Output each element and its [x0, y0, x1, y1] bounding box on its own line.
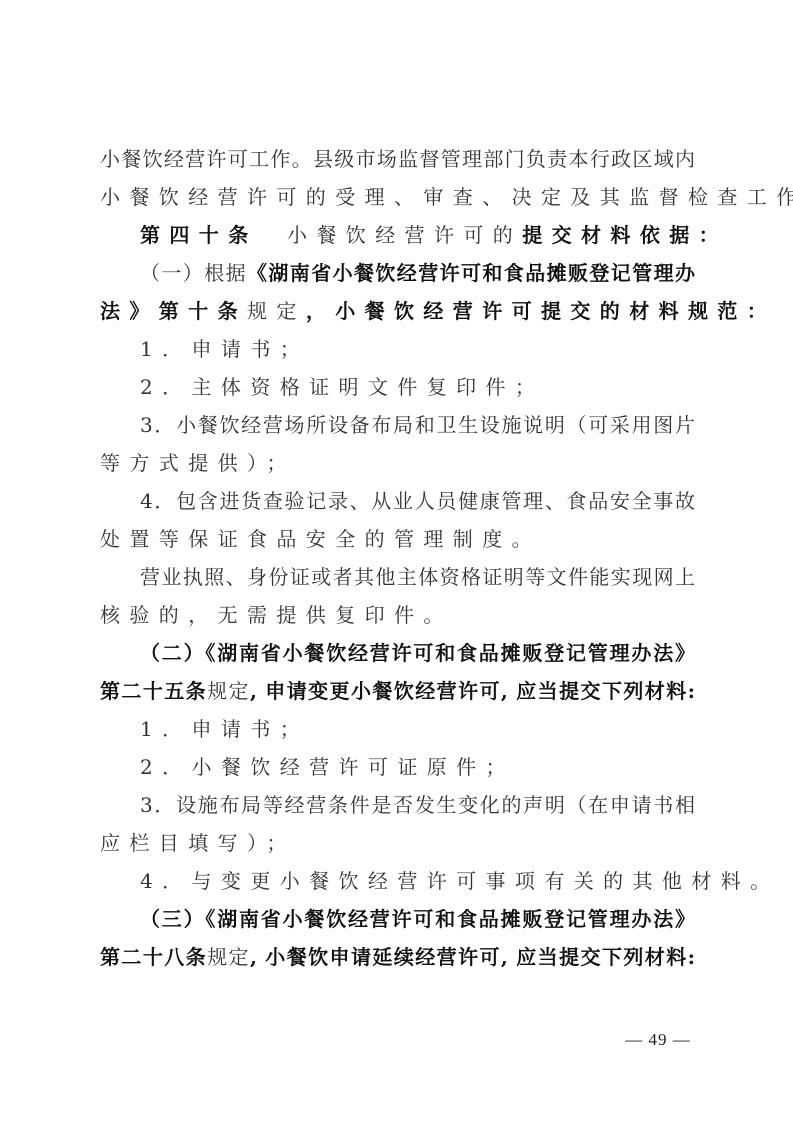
- line-text: 等方式提供）；: [100, 444, 695, 482]
- text-segment: 规定: [247, 299, 306, 323]
- text-segment: 核验的，无需提供复印件。: [100, 603, 453, 627]
- text-line: 1．申请书；: [100, 710, 695, 748]
- line-text: 小餐饮经营许可的受理、审查、决定及其监督检查工作。: [100, 178, 695, 216]
- text-line: 应栏目填写）；: [100, 824, 695, 862]
- bold-text-segment: 第四十条: [140, 223, 258, 247]
- line-text: 1．申请书；: [100, 710, 695, 748]
- line-text: 核验的，无需提供复印件。: [100, 596, 695, 634]
- line-text: 第二十五条规定, 申请变更小餐饮经营许可, 应当提交下列材料:: [100, 672, 695, 710]
- line-text: 小餐饮经营许可工作。县级市场监督管理部门负责本行政区域内: [100, 140, 695, 178]
- text-line: 小餐饮经营许可的受理、审查、决定及其监督检查工作。: [100, 178, 695, 216]
- line-text: 应栏目填写）；: [100, 824, 695, 862]
- text-line: 等方式提供）；: [100, 444, 695, 482]
- line-text: 2．主体资格证明文件复印件；: [100, 368, 695, 406]
- line-text: 营业执照、身份证或者其他主体资格证明等文件能实现网上: [100, 558, 695, 596]
- text-line: 4．包含进货查验记录、从业人员健康管理、食品安全事故: [100, 482, 695, 520]
- line-text: 4．包含进货查验记录、从业人员健康管理、食品安全事故: [100, 482, 695, 520]
- text-line: 营业执照、身份证或者其他主体资格证明等文件能实现网上: [100, 558, 695, 596]
- text-segment: 规定: [207, 945, 250, 969]
- text-line: 1．申请书；: [100, 330, 695, 368]
- text-segment: 小餐饮经营许可的: [258, 223, 523, 247]
- text-line: 2．小餐饮经营许可证原件；: [100, 748, 695, 786]
- text-segment: 4．与变更小餐饮经营许可事项有关的其他材料。: [140, 869, 780, 893]
- bold-text-segment: 提交材料依据：: [522, 223, 728, 247]
- bold-text-segment: ，小餐饮经营许可提交的材料规范：: [306, 299, 776, 323]
- bold-text-segment: （二）《湖南省小餐饮经营许可和食品摊贩登记管理办法》: [140, 641, 695, 665]
- page-number: — 49 —: [618, 1030, 698, 1050]
- line-text: 第二十八条规定, 小餐饮申请延续经营许可, 应当提交下列材料:: [100, 938, 695, 976]
- line-text: 3．设施布局等经营条件是否发生变化的声明（在申请书相: [100, 786, 695, 824]
- text-segment: 2．主体资格证明文件复印件；: [140, 375, 544, 399]
- line-text: 第四十条 小餐饮经营许可的提交材料依据：: [100, 216, 695, 254]
- bold-text-segment: 法》第十条: [100, 299, 247, 323]
- text-line: 第四十条 小餐饮经营许可的提交材料依据：: [100, 216, 695, 254]
- text-line: （三）《湖南省小餐饮经营许可和食品摊贩登记管理办法》: [100, 900, 695, 938]
- text-segment: 规定: [207, 679, 250, 703]
- text-line: 4．与变更小餐饮经营许可事项有关的其他材料。: [100, 862, 695, 900]
- text-segment: 1．申请书；: [140, 337, 309, 361]
- text-line: 第二十五条规定, 申请变更小餐饮经营许可, 应当提交下列材料:: [100, 672, 695, 710]
- line-text: 2．小餐饮经营许可证原件；: [100, 748, 695, 786]
- text-line: （一）根据《湖南省小餐饮经营许可和食品摊贩登记管理办: [100, 254, 695, 292]
- line-text: 4．与变更小餐饮经营许可事项有关的其他材料。: [100, 862, 695, 900]
- document-body: 小餐饮经营许可工作。县级市场监督管理部门负责本行政区域内小餐饮经营许可的受理、审…: [100, 140, 695, 976]
- text-line: 2．主体资格证明文件复印件；: [100, 368, 695, 406]
- line-text: （二）《湖南省小餐饮经营许可和食品摊贩登记管理办法》: [100, 634, 695, 672]
- line-text: 3．小餐饮经营场所设备布局和卫生设施说明（可采用图片: [100, 406, 695, 444]
- text-line: 处置等保证食品安全的管理制度。: [100, 520, 695, 558]
- line-text: 法》第十条规定，小餐饮经营许可提交的材料规范：: [100, 292, 695, 330]
- text-segment: 营业执照、身份证或者其他主体资格证明等文件能实现网上: [140, 565, 695, 589]
- line-text: 1．申请书；: [100, 330, 695, 368]
- text-line: 核验的，无需提供复印件。: [100, 596, 695, 634]
- text-line: 小餐饮经营许可工作。县级市场监督管理部门负责本行政区域内: [100, 140, 695, 178]
- bold-text-segment: 《湖南省小餐饮经营许可和食品摊贩登记管理办: [247, 261, 695, 285]
- line-text: （三）《湖南省小餐饮经营许可和食品摊贩登记管理办法》: [100, 900, 695, 938]
- text-line: 3．设施布局等经营条件是否发生变化的声明（在申请书相: [100, 786, 695, 824]
- text-segment: 2．小餐饮经营许可证原件；: [140, 755, 515, 779]
- text-segment: 应栏目填写）；: [100, 831, 296, 855]
- text-segment: 小餐饮经营许可的受理、审查、决定及其监督检查工作。: [100, 185, 793, 209]
- text-segment: 1．申请书；: [140, 717, 309, 741]
- line-text: 处置等保证食品安全的管理制度。: [100, 520, 695, 558]
- text-segment: 4．包含进货查验记录、从业人员健康管理、食品安全事故: [140, 489, 695, 513]
- bold-text-segment: , 申请变更小餐饮经营许可, 应当提交下列材料:: [250, 679, 695, 703]
- line-text: （一）根据《湖南省小餐饮经营许可和食品摊贩登记管理办: [100, 254, 695, 292]
- text-line: 法》第十条规定，小餐饮经营许可提交的材料规范：: [100, 292, 695, 330]
- text-segment: 3．小餐饮经营场所设备布局和卫生设施说明（可采用图片: [140, 413, 695, 437]
- bold-text-segment: （三）《湖南省小餐饮经营许可和食品摊贩登记管理办法》: [140, 907, 695, 931]
- text-line: （二）《湖南省小餐饮经营许可和食品摊贩登记管理办法》: [100, 634, 695, 672]
- text-segment: 小餐饮经营许可工作。县级市场监督管理部门负责本行政区域内: [100, 147, 695, 171]
- text-segment: 处置等保证食品安全的管理制度。: [100, 527, 541, 551]
- bold-text-segment: 第二十五条: [100, 679, 207, 703]
- bold-text-segment: , 小餐饮申请延续经营许可, 应当提交下列材料:: [250, 945, 695, 969]
- text-line: 3．小餐饮经营场所设备布局和卫生设施说明（可采用图片: [100, 406, 695, 444]
- document-page: 小餐饮经营许可工作。县级市场监督管理部门负责本行政区域内小餐饮经营许可的受理、审…: [100, 140, 695, 976]
- bold-text-segment: 第二十八条: [100, 945, 207, 969]
- text-line: 第二十八条规定, 小餐饮申请延续经营许可, 应当提交下列材料:: [100, 938, 695, 976]
- text-segment: （一）根据: [140, 261, 247, 285]
- text-segment: 3．设施布局等经营条件是否发生变化的声明（在申请书相: [140, 793, 695, 817]
- text-segment: 等方式提供）；: [100, 451, 296, 475]
